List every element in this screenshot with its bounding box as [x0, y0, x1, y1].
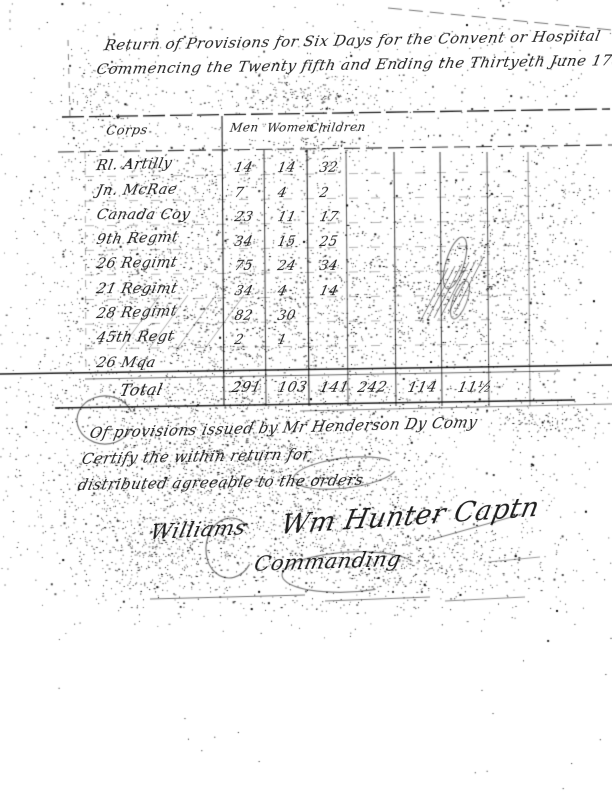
children-cell: 25 [318, 233, 339, 250]
children-cell: 14 [318, 283, 340, 299]
corps-cell: Jn. McRae [95, 181, 179, 198]
corps-cell: Canada Coy [95, 207, 192, 223]
total-label: Total [118, 380, 165, 400]
total-cell: 242 [356, 379, 389, 396]
men-cell: 34 [233, 283, 255, 299]
men-cell: 82 [233, 307, 254, 324]
children-cell: 32 [318, 159, 339, 176]
total-cell: 103 [276, 379, 309, 396]
women-cell: 30 [276, 307, 297, 324]
total-cell: 291 [230, 379, 263, 396]
women-cell: 14 [276, 159, 297, 176]
corps-cell: 28 Regimt [95, 303, 179, 322]
scan-noise-layer [0, 0, 612, 792]
corps-cell: 9th Regmt [95, 229, 180, 248]
men-cell: 75 [233, 258, 255, 274]
corps-cell: 26 Regimt [95, 255, 179, 272]
men-cell: 14 [233, 159, 254, 176]
total-cell: 141 [318, 379, 351, 396]
total-cell: 11½ [456, 379, 494, 396]
children-cell: 17 [318, 209, 340, 225]
corps-cell: 26 Mqa [95, 355, 158, 371]
corps-cell: 45th Regt [95, 329, 176, 346]
children-cell: 34 [318, 258, 340, 274]
document-sheet: Return of Provisions for Six Days for th… [0, 0, 612, 792]
column-header-men: Men [229, 120, 260, 135]
corps-cell: Rl. Artilly [95, 155, 174, 174]
corps-cell: 21 Regimt [95, 281, 179, 297]
men-cell: 23 [233, 209, 255, 225]
women-cell: 24 [276, 258, 298, 274]
women-cell: 11 [276, 209, 298, 225]
women-cell: 15 [276, 233, 297, 250]
men-cell: 34 [233, 233, 254, 250]
column-header-corps: Corps [105, 123, 149, 139]
column-header-children: Children [308, 120, 367, 135]
total-cell: 114 [406, 379, 439, 396]
